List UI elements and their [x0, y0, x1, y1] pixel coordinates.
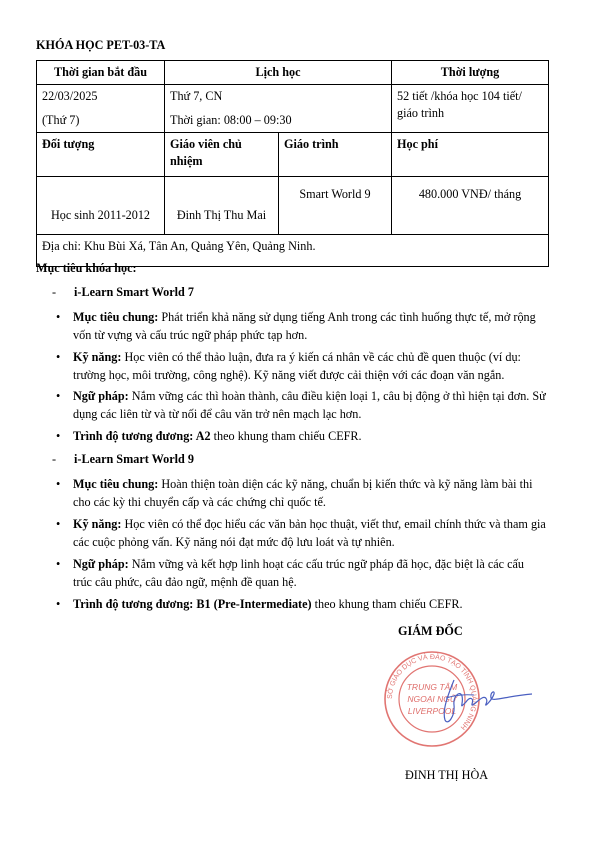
- bullet-icon: •: [56, 349, 60, 367]
- bullet-icon: •: [56, 516, 60, 534]
- list-item: •Ngữ pháp: Nắm vững các thì hoàn thành, …: [56, 388, 546, 423]
- item-label: Kỹ năng:: [73, 350, 121, 364]
- item-label: Kỹ năng:: [73, 517, 121, 531]
- header-teacher: Giáo viên chủ nhiệm: [165, 133, 279, 177]
- bullet-icon: •: [56, 556, 60, 574]
- section-heading: -i-Learn Smart World 7: [52, 285, 194, 300]
- schedule-time: Thời gian: 08:00 – 09:30: [170, 112, 386, 129]
- header-textbook: Giáo trình: [279, 133, 392, 177]
- table-subheader-row: Đối tượng Giáo viên chủ nhiệm Giáo trình…: [37, 133, 549, 177]
- course-info-table: Thời gian bắt đầu Lịch học Thời lượng 22…: [36, 60, 549, 267]
- bullet-icon: •: [56, 388, 60, 406]
- list-item: •Kỹ năng: Học viên có thể thảo luận, đưa…: [56, 349, 546, 384]
- teacher: Đinh Thị Thu Mai: [165, 177, 279, 235]
- item-text: Nắm vững các thì hoàn thành, câu điều ki…: [73, 389, 546, 421]
- item-label: Ngữ pháp:: [73, 389, 129, 403]
- item-text: Nắm vững và kết hợp linh hoạt các cấu tr…: [73, 557, 524, 589]
- table-row: 22/03/2025 (Thứ 7) Thứ 7, CN Thời gian: …: [37, 85, 549, 133]
- header-fee: Học phí: [392, 133, 549, 177]
- item-text: theo khung tham chiếu CEFR.: [312, 597, 463, 611]
- list-item: •Trình độ tương đương: B1 (Pre-Intermedi…: [56, 596, 546, 614]
- stamp-icon: SỞ GIÁO DỤC VÀ ĐÀO TẠO TỈNH QUẢNG NINH T…: [382, 650, 532, 748]
- signature-ink: [444, 680, 532, 722]
- header-duration: Thời lượng: [392, 61, 549, 85]
- list-item: •Ngữ pháp: Nắm vững và kết hợp linh hoạt…: [56, 556, 546, 591]
- start-day: (Thứ 7): [42, 112, 159, 129]
- director-name: ĐINH THỊ HÒA: [405, 768, 488, 783]
- header-schedule: Lịch học: [165, 61, 392, 85]
- fee: 480.000 VNĐ/ tháng: [392, 177, 549, 235]
- start-date-cell: 22/03/2025 (Thứ 7): [37, 85, 165, 133]
- section-heading: -i-Learn Smart World 9: [52, 452, 194, 467]
- item-text: Học viên có thể thảo luận, đưa ra ý kiến…: [73, 350, 521, 382]
- item-text: Học viên có thể đọc hiểu các văn bản học…: [73, 517, 546, 549]
- list-item: •Kỹ năng: Học viên có thể đọc hiểu các v…: [56, 516, 546, 551]
- start-date: 22/03/2025: [42, 88, 159, 105]
- duration: 52 tiết /khóa học 104 tiết/ giáo trình: [392, 85, 549, 133]
- table-header-row: Thời gian bắt đầu Lịch học Thời lượng: [37, 61, 549, 85]
- table-row: Học sinh 2011-2012 Đinh Thị Thu Mai Smar…: [37, 177, 549, 235]
- stamp-line: LIVERPOOL: [408, 706, 456, 716]
- textbook: Smart World 9: [279, 177, 392, 235]
- list-item: •Trình độ tương đương: A2 theo khung tha…: [56, 428, 546, 446]
- item-label: Mục tiêu chung:: [73, 310, 158, 324]
- bullet-icon: •: [56, 596, 60, 614]
- dash-marker: -: [52, 452, 74, 467]
- item-label: Trình độ tương đương: B1 (Pre-Intermedia…: [73, 597, 312, 611]
- director-title: GIÁM ĐỐC: [398, 624, 463, 639]
- header-start-time: Thời gian bắt đầu: [37, 61, 165, 85]
- section-name: i-Learn Smart World 7: [74, 285, 194, 299]
- section-name: i-Learn Smart World 9: [74, 452, 194, 466]
- bullet-icon: •: [56, 309, 60, 327]
- schedule-days: Thứ 7, CN: [170, 88, 386, 105]
- course-title: KHÓA HỌC PET-03-TA: [36, 38, 165, 53]
- header-target: Đối tượng: [37, 133, 165, 177]
- stamp-line: NGOẠI NGỮ: [407, 694, 458, 704]
- target: Học sinh 2011-2012: [37, 177, 165, 235]
- item-label: Ngữ pháp:: [73, 557, 129, 571]
- list-item: •Mục tiêu chung: Hoàn thiện toàn diện cá…: [56, 476, 546, 511]
- bullet-icon: •: [56, 428, 60, 446]
- list-item: •Mục tiêu chung: Phát triển khả năng sử …: [56, 309, 546, 344]
- item-text: theo khung tham chiếu CEFR.: [211, 429, 362, 443]
- item-label: Mục tiêu chung:: [73, 477, 158, 491]
- dash-marker: -: [52, 285, 74, 300]
- bullet-icon: •: [56, 476, 60, 494]
- schedule-cell: Thứ 7, CN Thời gian: 08:00 – 09:30: [165, 85, 392, 133]
- goals-title: Mục tiêu khóa học:: [36, 261, 137, 276]
- item-label: Trình độ tương đương: A2: [73, 429, 211, 443]
